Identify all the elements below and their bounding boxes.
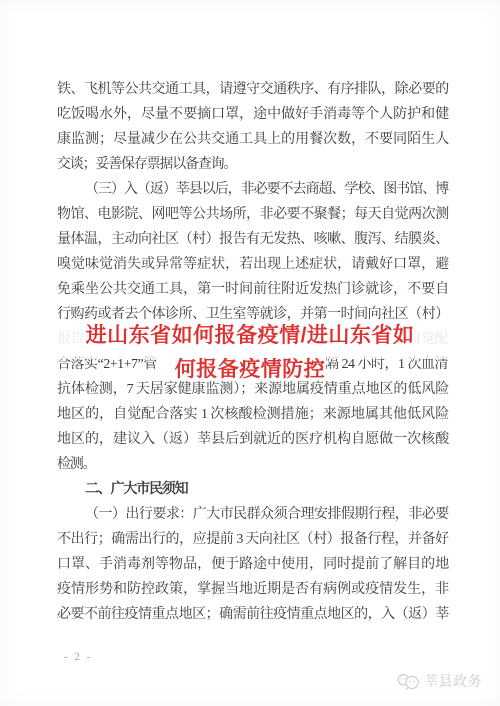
text-line: 量体温，主动向社区（村）报告有无发热、咳嗽、腹泻、结膜炎、 xyxy=(57,227,448,252)
text-line: （一）出行要求：广大市民群众须合理安排假期行程，非必要 xyxy=(57,502,448,527)
text-line: 交谈；妥善保存票据以备查询。 xyxy=(57,152,448,177)
section-heading: 二、广大市民须知 xyxy=(57,477,448,502)
chat-bubbles-icon xyxy=(396,672,420,691)
publisher-watermark: 莘县政务 xyxy=(396,671,482,691)
page-number: - 2 - xyxy=(64,651,92,663)
text-line: 合落实“2+1+7”管隔 24 小时，1 次血清 xyxy=(57,352,448,377)
text-line: 吃饭喝水外，尽量不要摘口罩，途中做好手消毒等个人防护和健 xyxy=(57,102,448,127)
text-line: 康监测；尽量减少在公共交通工具上的用餐次数，不要同陌生人 xyxy=(57,127,448,152)
text-line: 报告。自觉配 xyxy=(57,327,448,352)
text-fragment-right: 隔 24 小时，1 次血清 xyxy=(325,352,448,377)
text-line: 检测。 xyxy=(57,452,448,477)
text-line: 抗体检测，7 天居家健康监测）；来源地属疫情重点地区的低风险 xyxy=(57,377,448,402)
text-line: 疫情形势和防控政策，掌握当地近期是否有病例或疫情发生，非 xyxy=(57,577,448,602)
watermark-label: 莘县政务 xyxy=(424,671,482,691)
text-line: （三）入（返）莘县以后，非必要不去商超、学校、图书馆、博 xyxy=(57,177,448,202)
text-line: 口罩、手消毒剂等物品，便于路途中使用，同时提前了解目的地 xyxy=(57,552,448,577)
document-page: 铁、飞机等公共交通工具，请遵守交通秩序、有序排队，除必要的吃饭喝水外，尽量不要摘… xyxy=(0,0,500,706)
text-line: 地区的，建议入（返）莘县后到就近的医疗机构自愿做一次核酸 xyxy=(57,427,448,452)
text-fragment-left: 报告。 xyxy=(57,327,98,352)
text-line: 铁、飞机等公共交通工具，请遵守交通秩序、有序排队，除必要的 xyxy=(57,77,448,102)
text-line: 必要不前往疫情重点地区；确需前往疫情重点地区的，入（返）莘 xyxy=(57,602,448,627)
text-fragment-right: 自觉配 xyxy=(408,327,449,352)
text-line: 不出行；确需出行的，应提前 3 天向社区（村）报备行程，并备好 xyxy=(57,527,448,552)
text-fragment-left: 合落实“2+1+7”管 xyxy=(57,352,157,377)
text-line: 物馆、电影院、网吧等公共场所，非必要不聚餐；每天自觉两次测 xyxy=(57,202,448,227)
text-line: 地区的，自觉配合落实 1 次核酸检测措施；来源地属其他低风险 xyxy=(57,402,448,427)
text-line: 嗅觉味觉消失或异常等症状，若出现上述症状，请戴好口罩，避 xyxy=(57,252,448,277)
text-line: 行购药或者去个体诊所、卫生室等就诊，并第一时间向社区（村） xyxy=(57,302,448,327)
text-line: 免乘坐公共交通工具，第一时间前往附近发热门诊就诊，不要自 xyxy=(57,277,448,302)
document-body: 铁、飞机等公共交通工具，请遵守交通秩序、有序排队，除必要的吃饭喝水外，尽量不要摘… xyxy=(57,77,448,627)
